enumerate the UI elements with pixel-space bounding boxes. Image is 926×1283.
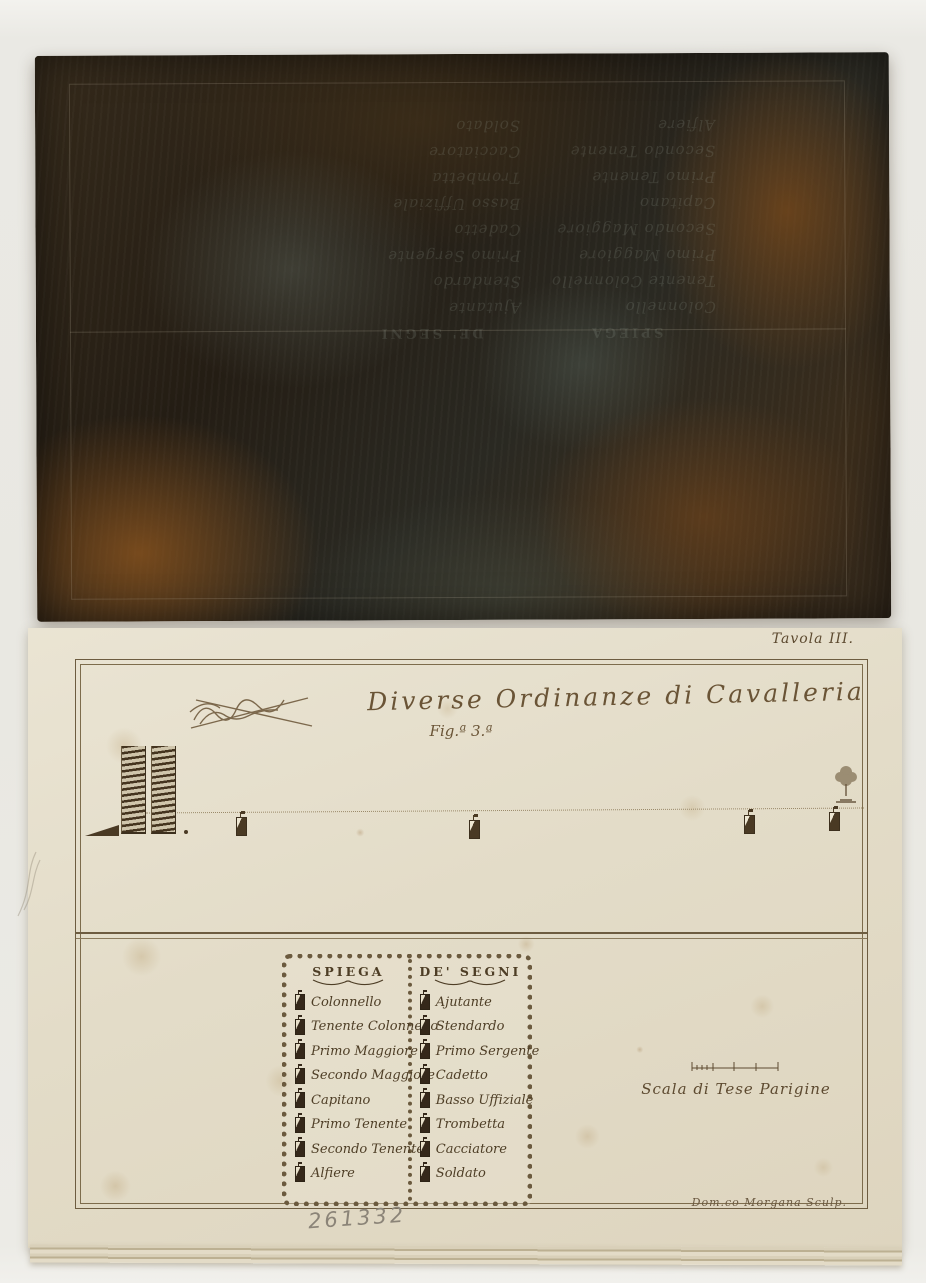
- plate-ghost-line: Basso Uffiziale: [325, 191, 520, 218]
- legend-row: Tenente Colonnello: [293, 1015, 404, 1040]
- plate-ghost-line: Alfiere: [520, 112, 715, 139]
- legend-row: Soldato: [418, 1162, 523, 1187]
- legend-label: Ajutante: [436, 995, 492, 1010]
- legend-label: Cacciatore: [436, 1142, 507, 1157]
- legend-label: Primo Sergente: [436, 1044, 540, 1059]
- rank-marker-icon: [420, 1166, 430, 1182]
- scale-label: Scala di Tese Parigine: [636, 1080, 836, 1098]
- rank-marker-icon: [295, 1068, 305, 1084]
- legend-row: Basso Uffiziale: [418, 1088, 523, 1113]
- legend-header-left: SPIEGA: [293, 965, 404, 979]
- legend-box: SPIEGA Colonnello Tenente Colonnello: [282, 954, 532, 1206]
- officer-dot: [184, 830, 188, 834]
- legend-rows-left: Colonnello Tenente Colonnello Primo Magg…: [293, 990, 404, 1186]
- rank-marker-icon: [420, 1141, 430, 1157]
- plate-ghost-column-right: AjutanteStendardoPrimo SergenteCadettoBa…: [325, 113, 521, 322]
- tree-icon: [832, 762, 860, 808]
- officer-marker: [744, 815, 755, 834]
- plate-ghost-line: Primo Tenente: [520, 164, 715, 191]
- wedge-mark: [85, 825, 119, 836]
- section-divider-line: [76, 932, 867, 939]
- plate-ghost-line: Soldato: [325, 113, 520, 140]
- plate-ghost-line: Ajutante: [326, 295, 521, 322]
- rank-marker-icon: [295, 1043, 305, 1059]
- plate-ghost-line: Secondo Tenente: [520, 138, 715, 165]
- legend-label: Secondo Tenente: [311, 1142, 424, 1157]
- rank-marker-icon: [295, 1092, 305, 1108]
- plate-ghost-line: Primo Maggiore: [521, 242, 716, 269]
- archival-photograph: SPIEGA DE' SEGNI ColonnelloTenente Colon…: [0, 0, 926, 1283]
- printed-page: Tavola III. Diverse Ordinanze di Cavalle…: [28, 628, 902, 1248]
- plate-ghost-line: Primo Sergente: [326, 243, 521, 270]
- plate-ghost-line: Stendardo: [326, 269, 521, 296]
- legend-label: Cadetto: [436, 1068, 488, 1083]
- plate-ghost-line: Secondo Maggiore: [520, 216, 715, 243]
- legend-label: Alfiere: [311, 1166, 355, 1181]
- legend-rows-right: Ajutante Stendardo Primo Sergente Cadett…: [418, 990, 523, 1186]
- legend-row: Secondo Tenente: [293, 1137, 404, 1162]
- copper-plate: SPIEGA DE' SEGNI ColonnelloTenente Colon…: [35, 52, 891, 622]
- rank-marker-icon: [295, 1117, 305, 1133]
- rank-marker-icon: [420, 1019, 430, 1035]
- officer-marker: [236, 817, 247, 836]
- engraved-frame: Diverse Ordinanze di Cavalleria Fig.ª 3.…: [75, 659, 868, 1209]
- legend-label: Stendardo: [436, 1019, 505, 1034]
- legend-row: Cadetto: [418, 1064, 523, 1089]
- plate-ghost-line: Capitano: [520, 190, 715, 217]
- formation-line: [146, 807, 864, 813]
- legend-row: Ajutante: [418, 990, 523, 1015]
- plate-number-label: Tavola III.: [772, 631, 854, 647]
- legend-column-troops: DE' SEGNI Ajutante Stendardo: [412, 959, 527, 1201]
- rank-marker-icon: [295, 994, 305, 1010]
- rank-marker-icon: [295, 1166, 305, 1182]
- plate-ghost-line: Tenente Colonnello: [521, 268, 716, 295]
- book-page-edges: [30, 1244, 902, 1265]
- legend-row: Colonnello: [293, 990, 404, 1015]
- legend-row: Primo Sergente: [418, 1039, 523, 1064]
- officer-marker: [829, 812, 840, 831]
- crossed-out-inscription: [186, 682, 336, 740]
- rank-marker-icon: [420, 1092, 430, 1108]
- troop-column: [151, 746, 176, 834]
- rank-marker-icon: [295, 1019, 305, 1035]
- plate-ghost-line: Colonnello: [521, 294, 716, 321]
- troop-column-block: [121, 746, 176, 834]
- legend-label: Primo Maggiore: [311, 1044, 418, 1059]
- plate-mirrored-legend-text: SPIEGA DE' SEGNI ColonnelloTenente Colon…: [325, 89, 716, 341]
- margin-pencil-scribble: [2, 846, 46, 930]
- plate-ghost-header-right: DE' SEGNI: [379, 325, 484, 340]
- officer-marker: [469, 820, 480, 839]
- legend-row: Alfiere: [293, 1162, 404, 1187]
- legend-label: Colonnello: [311, 995, 381, 1010]
- legend-label: Primo Tenente: [311, 1117, 407, 1132]
- rank-marker-icon: [295, 1141, 305, 1157]
- legend-label: Trombetta: [436, 1117, 505, 1132]
- legend-label: Soldato: [436, 1166, 486, 1181]
- plate-ghost-line: Cacciatore: [325, 139, 520, 166]
- legend-row: Primo Tenente: [293, 1113, 404, 1138]
- plate-ghost-column-left: ColonnelloTenente ColonnelloPrimo Maggio…: [520, 112, 716, 321]
- legend-label: Basso Uffiziale: [436, 1093, 534, 1108]
- legend-row: Cacciatore: [418, 1137, 523, 1162]
- scale-group: Scala di Tese Parigine: [636, 1056, 836, 1098]
- plate-ghost-header-left: SPIEGA: [589, 324, 663, 339]
- legend-row: Primo Maggiore: [293, 1039, 404, 1064]
- legend-row: Capitano: [293, 1088, 404, 1113]
- legend-row: Secondo Maggiore: [293, 1064, 404, 1089]
- plate-ghost-line: Trombetta: [325, 165, 520, 192]
- rank-marker-icon: [420, 1068, 430, 1084]
- legend-label: Capitano: [311, 1093, 370, 1108]
- rank-marker-icon: [420, 1043, 430, 1059]
- legend-row: Trombetta: [418, 1113, 523, 1138]
- legend-header-right: DE' SEGNI: [418, 965, 523, 979]
- page-title: Diverse Ordinanze di Cavalleria: [356, 677, 876, 717]
- plate-ghost-columns: ColonnelloTenente ColonnelloPrimo Maggio…: [325, 112, 716, 322]
- legend-column-officers: SPIEGA Colonnello Tenente Colonnello: [287, 959, 412, 1201]
- plate-ghost-headers: SPIEGA DE' SEGNI: [326, 324, 716, 341]
- troop-column: [121, 746, 146, 834]
- figure-label: Fig.ª 3.ª: [396, 722, 526, 740]
- rank-marker-icon: [420, 994, 430, 1010]
- plate-ghost-line: Cadetto: [325, 217, 520, 244]
- brace-underline-icon: [433, 979, 507, 988]
- scale-bar-icon: [688, 1056, 784, 1074]
- engraver-credit: Dom.co Morgana Sculp.: [692, 1196, 847, 1209]
- rank-marker-icon: [420, 1117, 430, 1133]
- brace-underline-icon: [311, 979, 385, 988]
- legend-row: Stendardo: [418, 1015, 523, 1040]
